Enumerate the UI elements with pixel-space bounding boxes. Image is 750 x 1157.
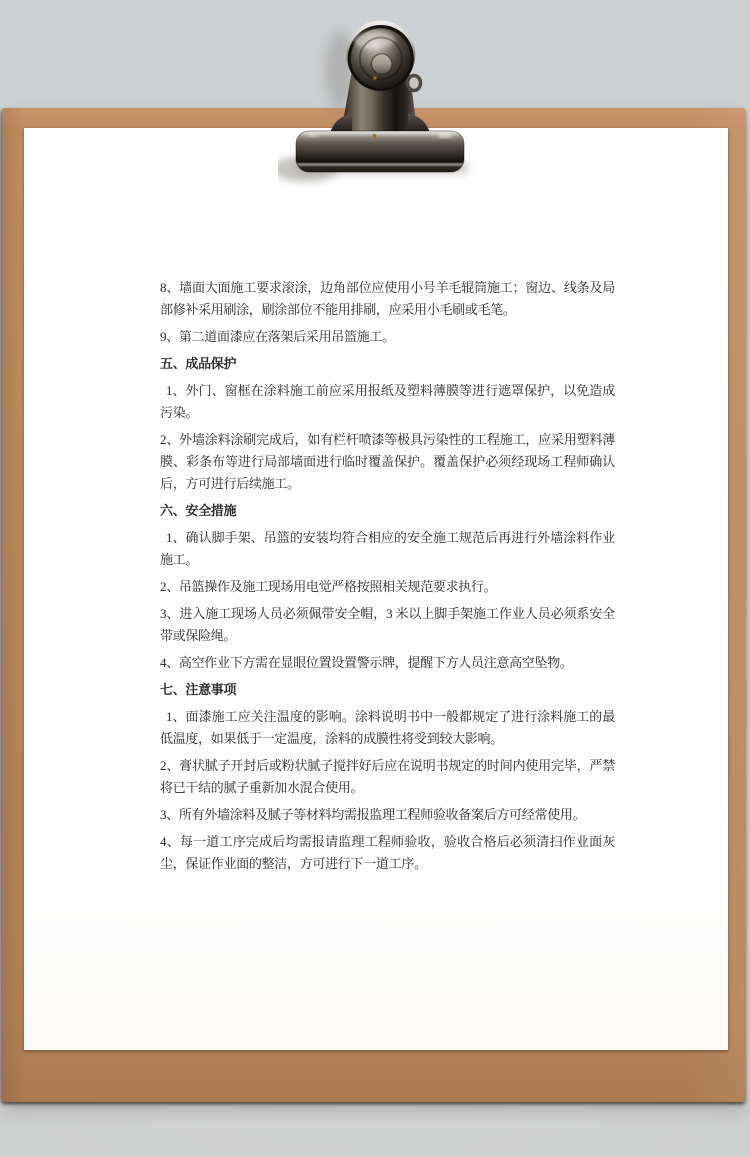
section-heading: 七、注意事项 [160,679,615,701]
paragraph: 2、吊篮操作及施工现场用电觉严格按照相关规范要求执行。 [160,576,615,598]
paragraph: 9、第二道面漆应在落架后采用吊篮施工。 [160,326,615,348]
clip-bar-amber-fleck [373,134,377,138]
paragraph: 2、外墙涂料涂刷完成后，如有栏杆喷漆等极具污染性的工程施工，应采用塑料薄膜、彩条… [160,429,615,495]
section-heading: 六、安全措施 [160,500,615,522]
clip-bar [296,131,464,172]
clip-bar-highlight-right [438,134,452,138]
clip-amber-fleck [373,76,376,79]
clipboard: 8、墙面大面施工要求滚涂，边角部位应使用小号羊毛辊筒施工；窗边、线条及局部修补采… [2,108,746,1102]
paragraph: 2、膏状腻子开封后或粉状腻子搅拌好后应在说明书规定的时间内使用完毕，严禁将已干结… [160,755,615,799]
paragraph: 4、每一道工序完成后均需报请监理工程师验收，验收合格后必须清扫作业面灰尘，保证作… [160,831,615,875]
document-paper: 8、墙面大面施工要求滚涂，边角部位应使用小号羊毛辊筒施工；窗边、线条及局部修补采… [24,128,728,1050]
bulldog-clip-icon [278,12,482,192]
clip-bar-highlight-left [308,134,318,137]
section-heading: 五、成品保护 [160,353,615,375]
paragraph: 1、外门、窗框在涂料施工前应采用报纸及塑料薄膜等进行遮罩保护，以免造成污染。 [160,380,615,424]
clip-hinge-loop [408,76,421,91]
paragraph: 1、面漆施工应关注温度的影响。涂料说明书中一般都规定了进行涂料施工的最低温度，如… [160,706,615,750]
photo-backdrop: 8、墙面大面施工要求滚涂，边角部位应使用小号羊毛辊筒施工；窗边、线条及局部修补采… [0,0,750,1157]
paragraph: 4、高空作业下方需在显眼位置设置警示牌，提醒下方人员注意高空坠物。 [160,652,615,674]
paragraph: 8、墙面大面施工要求滚涂，边角部位应使用小号羊毛辊筒施工；窗边、线条及局部修补采… [160,277,615,321]
paragraph: 1、确认脚手架、吊篮的安装均符合相应的安全施工规范后再进行外墙涂料作业施工。 [160,527,615,571]
paragraph: 3、进入施工现场人员必须佩带安全帽，3 米以上脚手架施工作业人员必须系安全带或保… [160,603,615,647]
paragraph: 3、所有外墙涂料及腻子等材料均需报监理工程师验收备案后方可经常使用。 [160,804,615,826]
document-text: 8、墙面大面施工要求滚涂，边角部位应使用小号羊毛辊筒施工；窗边、线条及局部修补采… [160,277,615,880]
